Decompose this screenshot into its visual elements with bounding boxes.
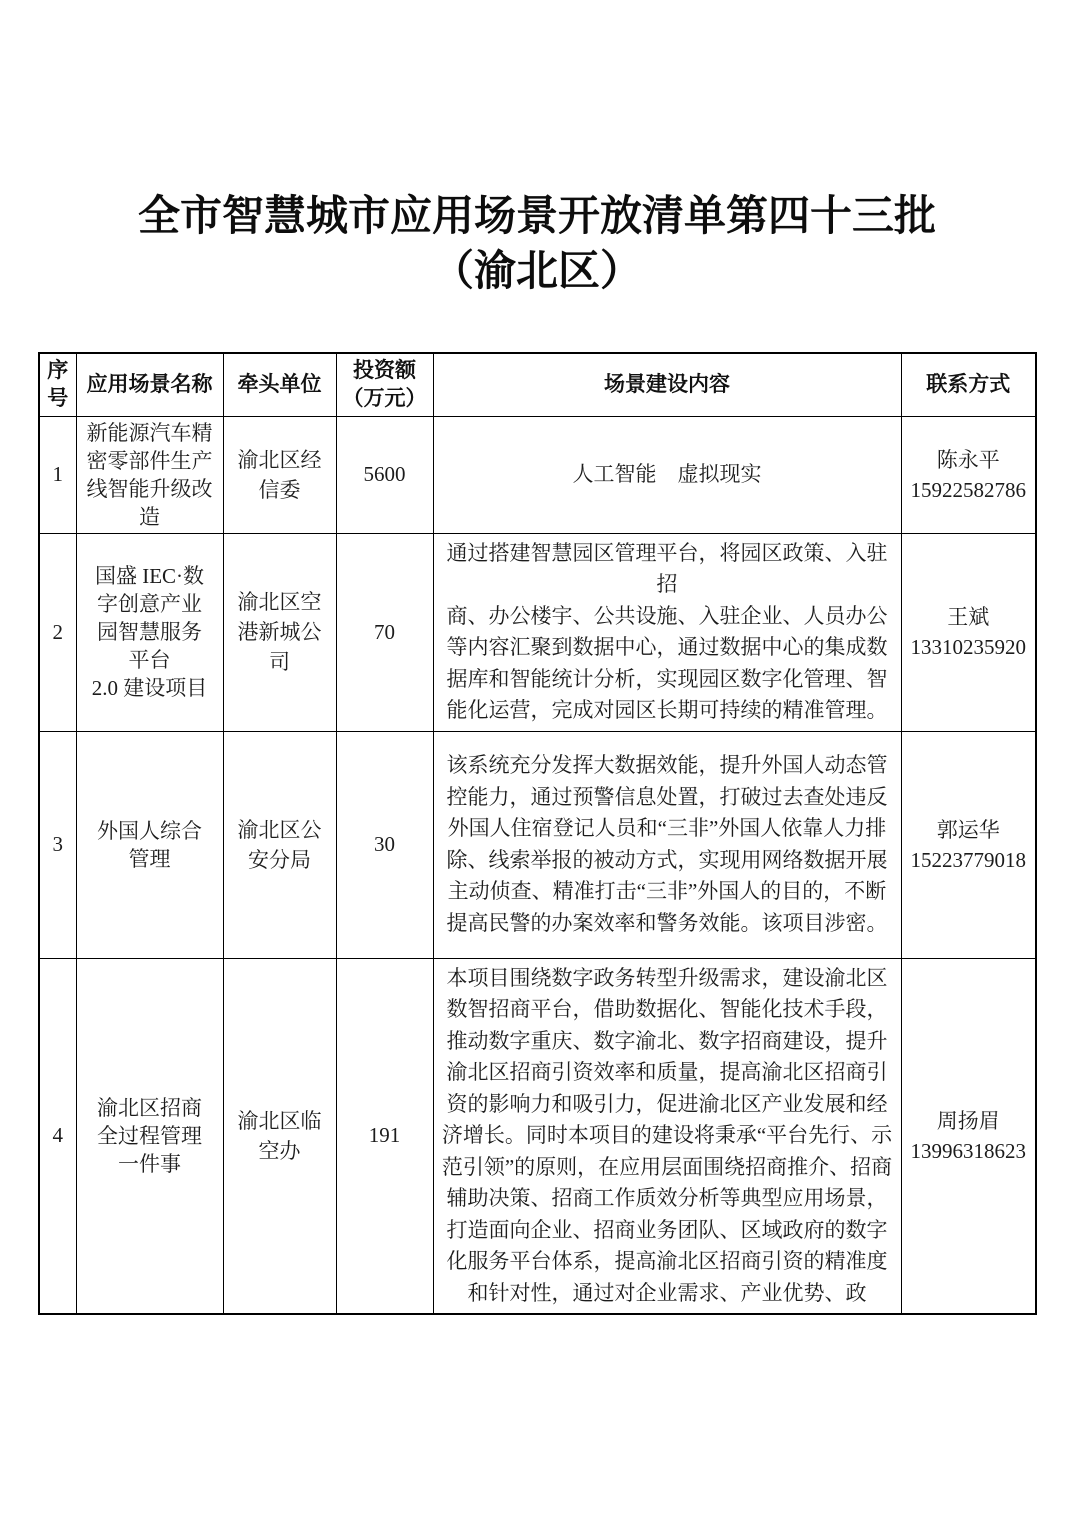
investment-amount: 30 <box>336 731 433 958</box>
scenario-name: 外国人综合 管理 <box>76 731 223 958</box>
contact-info: 郭运华 15223779018 <box>901 731 1036 958</box>
contact-name: 王斌 <box>906 602 1032 632</box>
contact-name: 陈永平 <box>906 445 1032 475</box>
investment-amount: 70 <box>336 533 433 731</box>
scenario-name: 新能源汽车精 密零部件生产 线智能升级改 造 <box>76 416 223 533</box>
contact-name: 郭运华 <box>906 815 1032 845</box>
table-row: 2 国盛 IEC·数 字创意产业 园智慧服务 平台 2.0 建设项目 渝北区空 … <box>39 533 1036 731</box>
lead-unit: 渝北区公 安分局 <box>223 731 336 958</box>
contact-info: 王斌 13310235920 <box>901 533 1036 731</box>
scenario-content: 通过搭建智慧园区管理平台，将园区政策、入驻招 商、办公楼宇、公共设施、入驻企业、… <box>433 533 901 731</box>
header-scenario-name: 应用场景名称 <box>76 353 223 416</box>
lead-unit: 渝北区空 港新城公 司 <box>223 533 336 731</box>
contact-phone: 13996318623 <box>906 1136 1032 1166</box>
row-index: 1 <box>39 416 76 533</box>
contact-info: 陈永平 15922582786 <box>901 416 1036 533</box>
row-index: 3 <box>39 731 76 958</box>
table-row: 1 新能源汽车精 密零部件生产 线智能升级改 造 渝北区经 信委 5600 人工… <box>39 416 1036 533</box>
investment-amount: 191 <box>336 958 433 1314</box>
header-index: 序号 <box>39 353 76 416</box>
header-lead-unit: 牵头单位 <box>223 353 336 416</box>
scenario-table: 序号 应用场景名称 牵头单位 投资额 （万元） 场景建设内容 联系方式 1 新能… <box>38 352 1037 1315</box>
contact-info: 周扬眉 13996318623 <box>901 958 1036 1314</box>
header-contact: 联系方式 <box>901 353 1036 416</box>
lead-unit: 渝北区经 信委 <box>223 416 336 533</box>
table-header-row: 序号 应用场景名称 牵头单位 投资额 （万元） 场景建设内容 联系方式 <box>39 353 1036 416</box>
row-index: 2 <box>39 533 76 731</box>
contact-phone: 15223779018 <box>906 845 1032 875</box>
document-title: 全市智慧城市应用场景开放清单第四十三批 （渝北区） <box>0 190 1074 300</box>
scenario-content: 本项目围绕数字政务转型升级需求，建设渝北区数智招商平台，借助数据化、智能化技术手… <box>433 958 901 1314</box>
document-page: 全市智慧城市应用场景开放清单第四十三批 （渝北区） 序号 应用场景名称 牵头单位… <box>0 0 1074 1520</box>
scenario-name: 渝北区招商 全过程管理 一件事 <box>76 958 223 1314</box>
contact-phone: 13310235920 <box>906 632 1032 662</box>
document-title-line1: 全市智慧城市应用场景开放清单第四十三批 <box>0 190 1074 245</box>
investment-amount: 5600 <box>336 416 433 533</box>
row-index: 4 <box>39 958 76 1314</box>
lead-unit: 渝北区临 空办 <box>223 958 336 1314</box>
table-row: 4 渝北区招商 全过程管理 一件事 渝北区临 空办 191 本项目围绕数字政务转… <box>39 958 1036 1314</box>
header-investment: 投资额 （万元） <box>336 353 433 416</box>
document-title-line2: （渝北区） <box>0 245 1074 300</box>
scenario-content: 该系统充分发挥大数据效能，提升外国人动态管控能力，通过预警信息处置，打破过去查处… <box>433 731 901 958</box>
scenario-content: 人工智能 虚拟现实 <box>433 416 901 533</box>
table-row: 3 外国人综合 管理 渝北区公 安分局 30 该系统充分发挥大数据效能，提升外国… <box>39 731 1036 958</box>
contact-name: 周扬眉 <box>906 1106 1032 1136</box>
scenario-name: 国盛 IEC·数 字创意产业 园智慧服务 平台 2.0 建设项目 <box>76 533 223 731</box>
header-content: 场景建设内容 <box>433 353 901 416</box>
contact-phone: 15922582786 <box>906 475 1032 505</box>
